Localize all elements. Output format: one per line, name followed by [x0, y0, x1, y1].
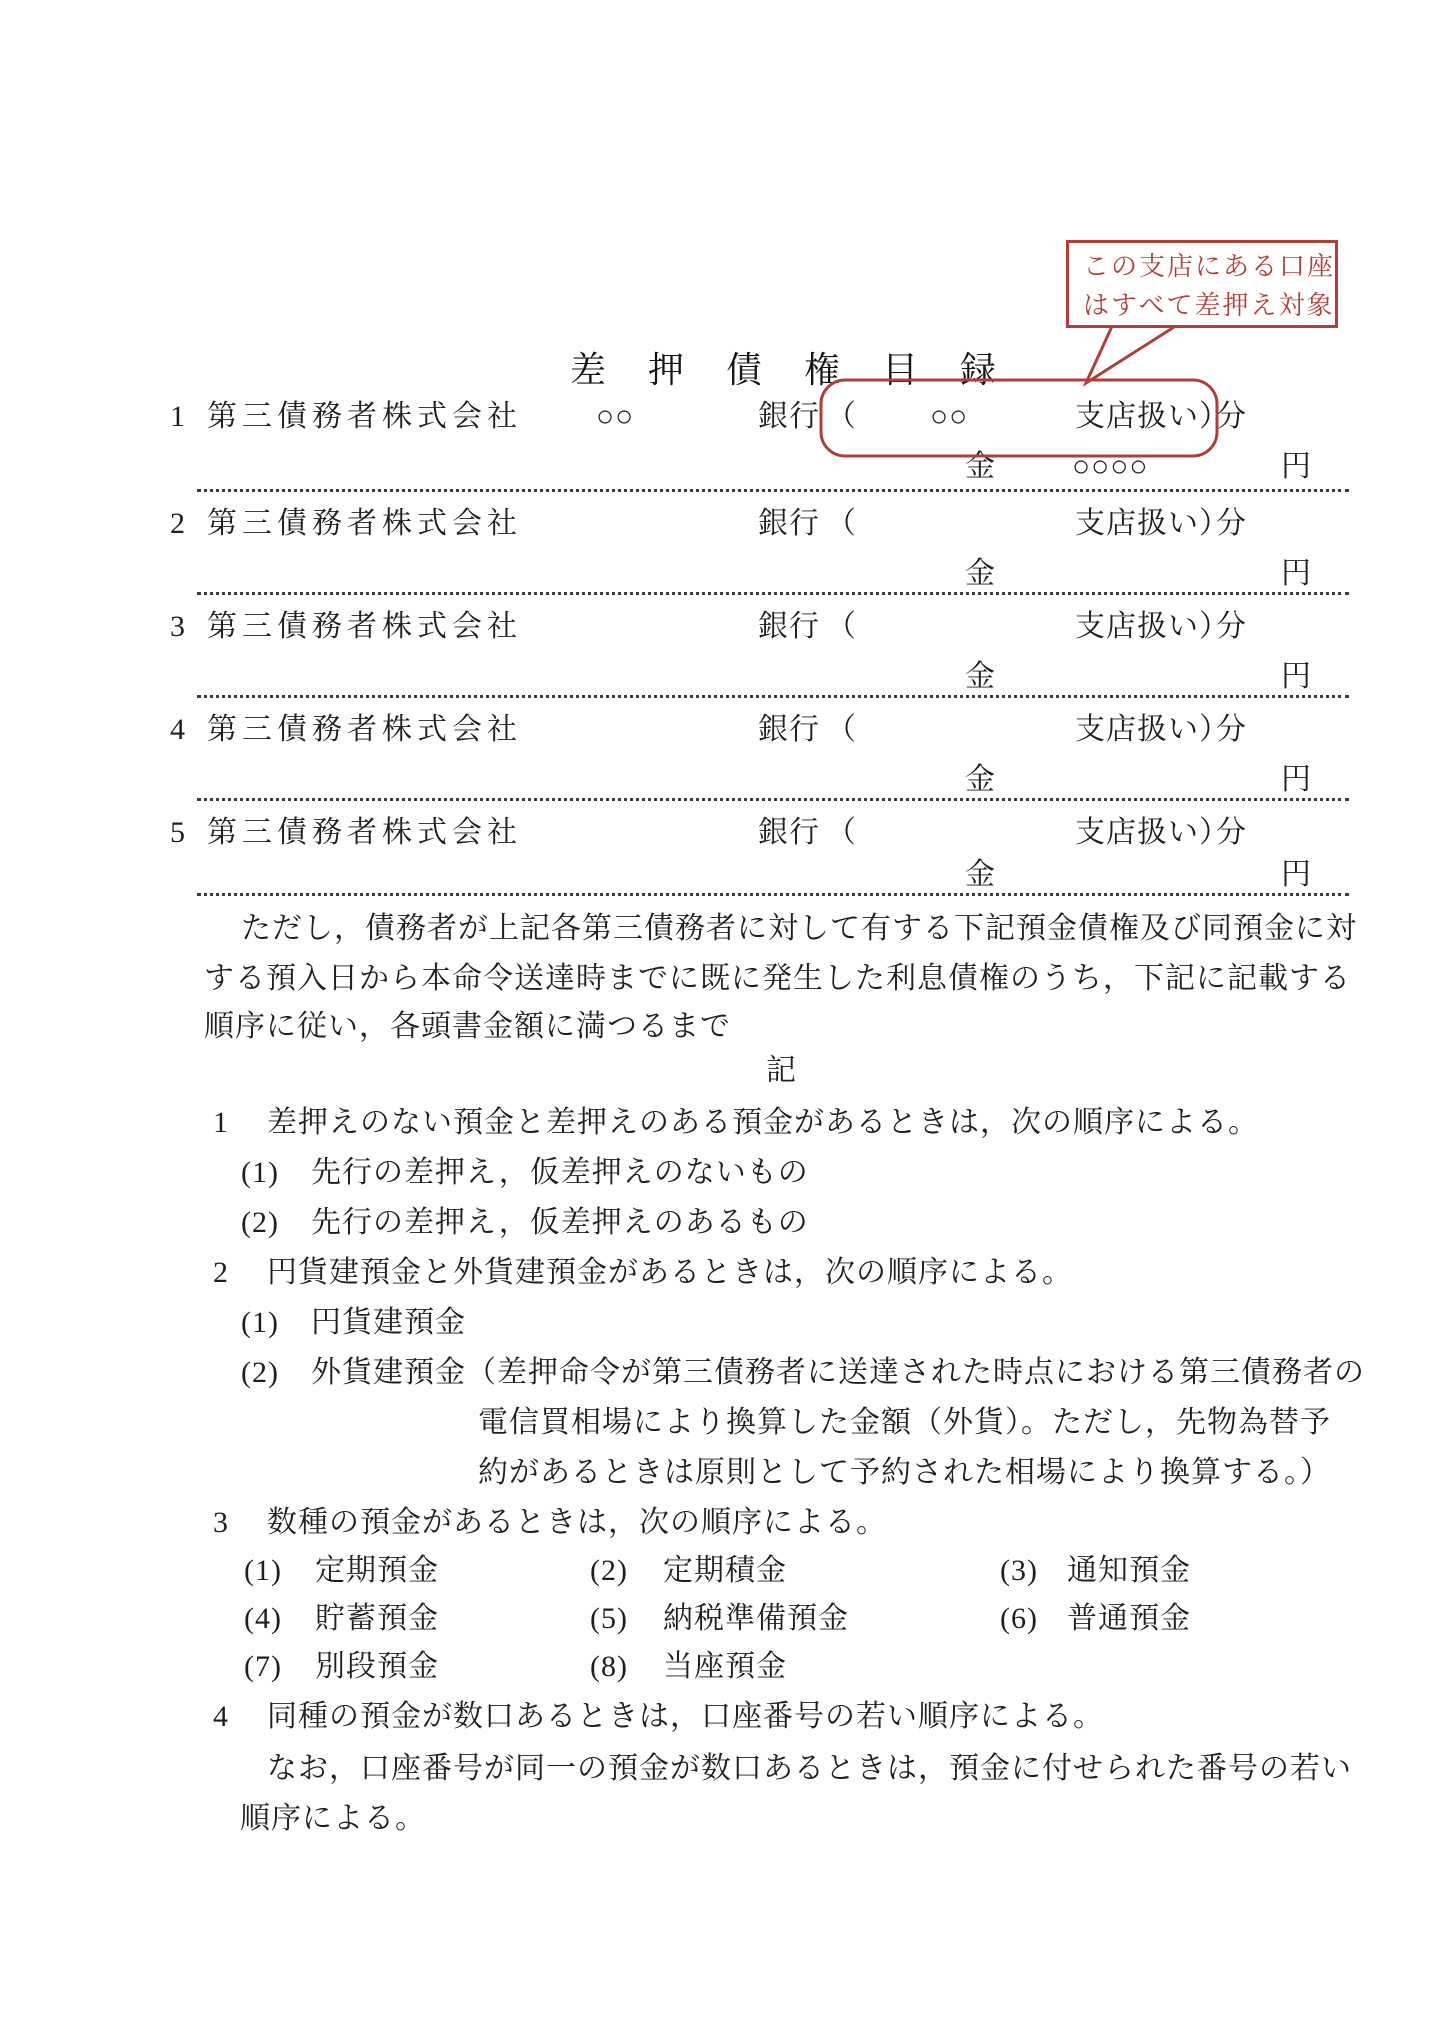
amount-prefix: 金	[965, 557, 996, 592]
list-item-text: 数種の預金があるときは，次の順序による。	[267, 1506, 887, 1541]
proviso-line-1: ただし，債務者が上記各第三債務者に対して有する下記預金債権及び同預金に対	[241, 912, 1357, 947]
row-separator	[197, 798, 1349, 801]
third-party-debtor: 第三債務者株式会社	[207, 713, 522, 748]
sub-item-text: 先行の差押え，仮差押えのないもの	[311, 1156, 809, 1191]
deposit-type-label: 定期積金	[663, 1554, 787, 1589]
deposit-type-label: 貯蓄預金	[315, 1602, 439, 1637]
row-separator	[197, 695, 1349, 698]
bank-label: 銀行	[758, 400, 820, 435]
callout-tail	[1086, 322, 1182, 383]
page-title: 差押債権目録	[570, 350, 1038, 391]
portion-label: 分	[1216, 816, 1247, 851]
row-number: 4	[170, 713, 186, 748]
proviso-line-2: する預入日から本命令送達時までに既に発生した利息債権のうち，下記に記載する	[204, 962, 1351, 997]
third-party-debtor: 第三債務者株式会社	[207, 507, 522, 542]
deposit-type-number: (3)	[1000, 1554, 1038, 1589]
amount-suffix: 円	[1281, 557, 1312, 592]
portion-label: 分	[1216, 713, 1247, 748]
row-separator	[197, 489, 1349, 492]
third-party-debtor: 第三債務者株式会社	[207, 610, 522, 645]
open-paren: （	[826, 713, 857, 748]
sub-item-number: (2)	[241, 1206, 279, 1241]
bank-name-blank: ○○	[596, 400, 634, 435]
branch-suffix: 支店扱い）	[1075, 713, 1230, 748]
proviso-line-3: 順序に従い，各頭書金額に満つるまで	[204, 1010, 731, 1045]
bank-label: 銀行	[758, 610, 820, 645]
sub-item-number: (1)	[241, 1156, 279, 1191]
row-separator	[197, 893, 1349, 896]
list-item-number: 3	[213, 1506, 229, 1541]
bank-label: 銀行	[758, 507, 820, 542]
list-item-text: 円貨建預金と外貨建預金があるときは，次の順序による。	[267, 1256, 1073, 1291]
branch-name-blank: ○○	[930, 400, 968, 435]
row-separator	[197, 592, 1349, 595]
amount-suffix: 円	[1281, 450, 1312, 485]
amount-prefix: 金	[965, 450, 996, 485]
sub-item-continuation: 約があるときは原則として予約された相場により換算する。）	[478, 1456, 1331, 1491]
amount-prefix: 金	[965, 763, 996, 798]
deposit-type-number: (5)	[590, 1602, 628, 1637]
branch-suffix: 支店扱い）	[1075, 816, 1230, 851]
bank-label: 銀行	[758, 816, 820, 851]
portion-label: 分	[1216, 610, 1247, 645]
callout-text-line1: この支店にある口座	[1083, 247, 1335, 286]
deposit-type-number: (7)	[244, 1650, 282, 1685]
deposit-type-label: 普通預金	[1067, 1602, 1191, 1637]
deposit-type-number: (4)	[244, 1602, 282, 1637]
amount-blank: ○○○○	[1072, 450, 1148, 485]
list-item-note: 順序による。	[240, 1802, 426, 1837]
third-party-debtor: 第三債務者株式会社	[207, 400, 522, 435]
list-item-text: 同種の預金が数口あるときは，口座番号の若い順序による。	[267, 1700, 1104, 1735]
sub-item-number: (1)	[241, 1306, 279, 1341]
branch-suffix: 支店扱い）	[1075, 400, 1230, 435]
branch-suffix: 支店扱い）	[1075, 610, 1230, 645]
portion-label: 分	[1216, 507, 1247, 542]
open-paren: （	[826, 400, 857, 435]
deposit-type-label: 納税準備預金	[663, 1602, 849, 1637]
sub-item-number: (2)	[241, 1356, 279, 1391]
note-marker: 記	[766, 1054, 797, 1089]
amount-prefix: 金	[965, 660, 996, 695]
deposit-type-number: (8)	[590, 1650, 628, 1685]
deposit-type-number: (2)	[590, 1554, 628, 1589]
row-number: 3	[170, 610, 186, 645]
sub-item-continuation: 電信買相場により換算した金額（外貨）。ただし，先物為替予	[478, 1406, 1331, 1441]
deposit-type-label: 別段預金	[315, 1650, 439, 1685]
document-page: この支店にある口座 はすべて差押え対象 差押債権目録 1 第三債務者株式会社 ○…	[0, 0, 1440, 2037]
list-item-note: なお，口座番号が同一の預金が数口あるときは，預金に付せられた番号の若い	[267, 1752, 1352, 1787]
sub-item-text: 外貨建預金（差押命令が第三債務者に送達された時点における第三債務者の	[311, 1356, 1365, 1391]
deposit-type-label: 当座預金	[663, 1650, 787, 1685]
bank-label: 銀行	[758, 713, 820, 748]
open-paren: （	[826, 610, 857, 645]
amount-suffix: 円	[1281, 763, 1312, 798]
amount-suffix: 円	[1281, 858, 1312, 893]
portion-label: 分	[1216, 400, 1247, 435]
list-item-text: 差押えのない預金と差押えのある預金があるときは，次の順序による。	[267, 1106, 1259, 1141]
deposit-type-number: (6)	[1000, 1602, 1038, 1637]
amount-prefix: 金	[965, 858, 996, 893]
open-paren: （	[826, 507, 857, 542]
sub-item-text: 先行の差押え，仮差押えのあるもの	[311, 1206, 809, 1241]
deposit-type-label: 定期預金	[315, 1554, 439, 1589]
deposit-type-label: 通知預金	[1067, 1554, 1191, 1589]
row-number: 2	[170, 507, 186, 542]
amount-suffix: 円	[1281, 660, 1312, 695]
list-item-number: 2	[213, 1256, 229, 1291]
row-number: 5	[170, 816, 186, 851]
callout-text-line2: はすべて差押え対象	[1083, 286, 1335, 325]
row-number: 1	[170, 400, 186, 435]
open-paren: （	[826, 816, 857, 851]
list-item-number: 4	[213, 1700, 229, 1735]
list-item-number: 1	[213, 1106, 229, 1141]
deposit-type-number: (1)	[244, 1554, 282, 1589]
callout-bubble: この支店にある口座 はすべて差押え対象	[1066, 240, 1338, 328]
sub-item-text: 円貨建預金	[311, 1306, 466, 1341]
branch-suffix: 支店扱い）	[1075, 507, 1230, 542]
third-party-debtor: 第三債務者株式会社	[207, 816, 522, 851]
